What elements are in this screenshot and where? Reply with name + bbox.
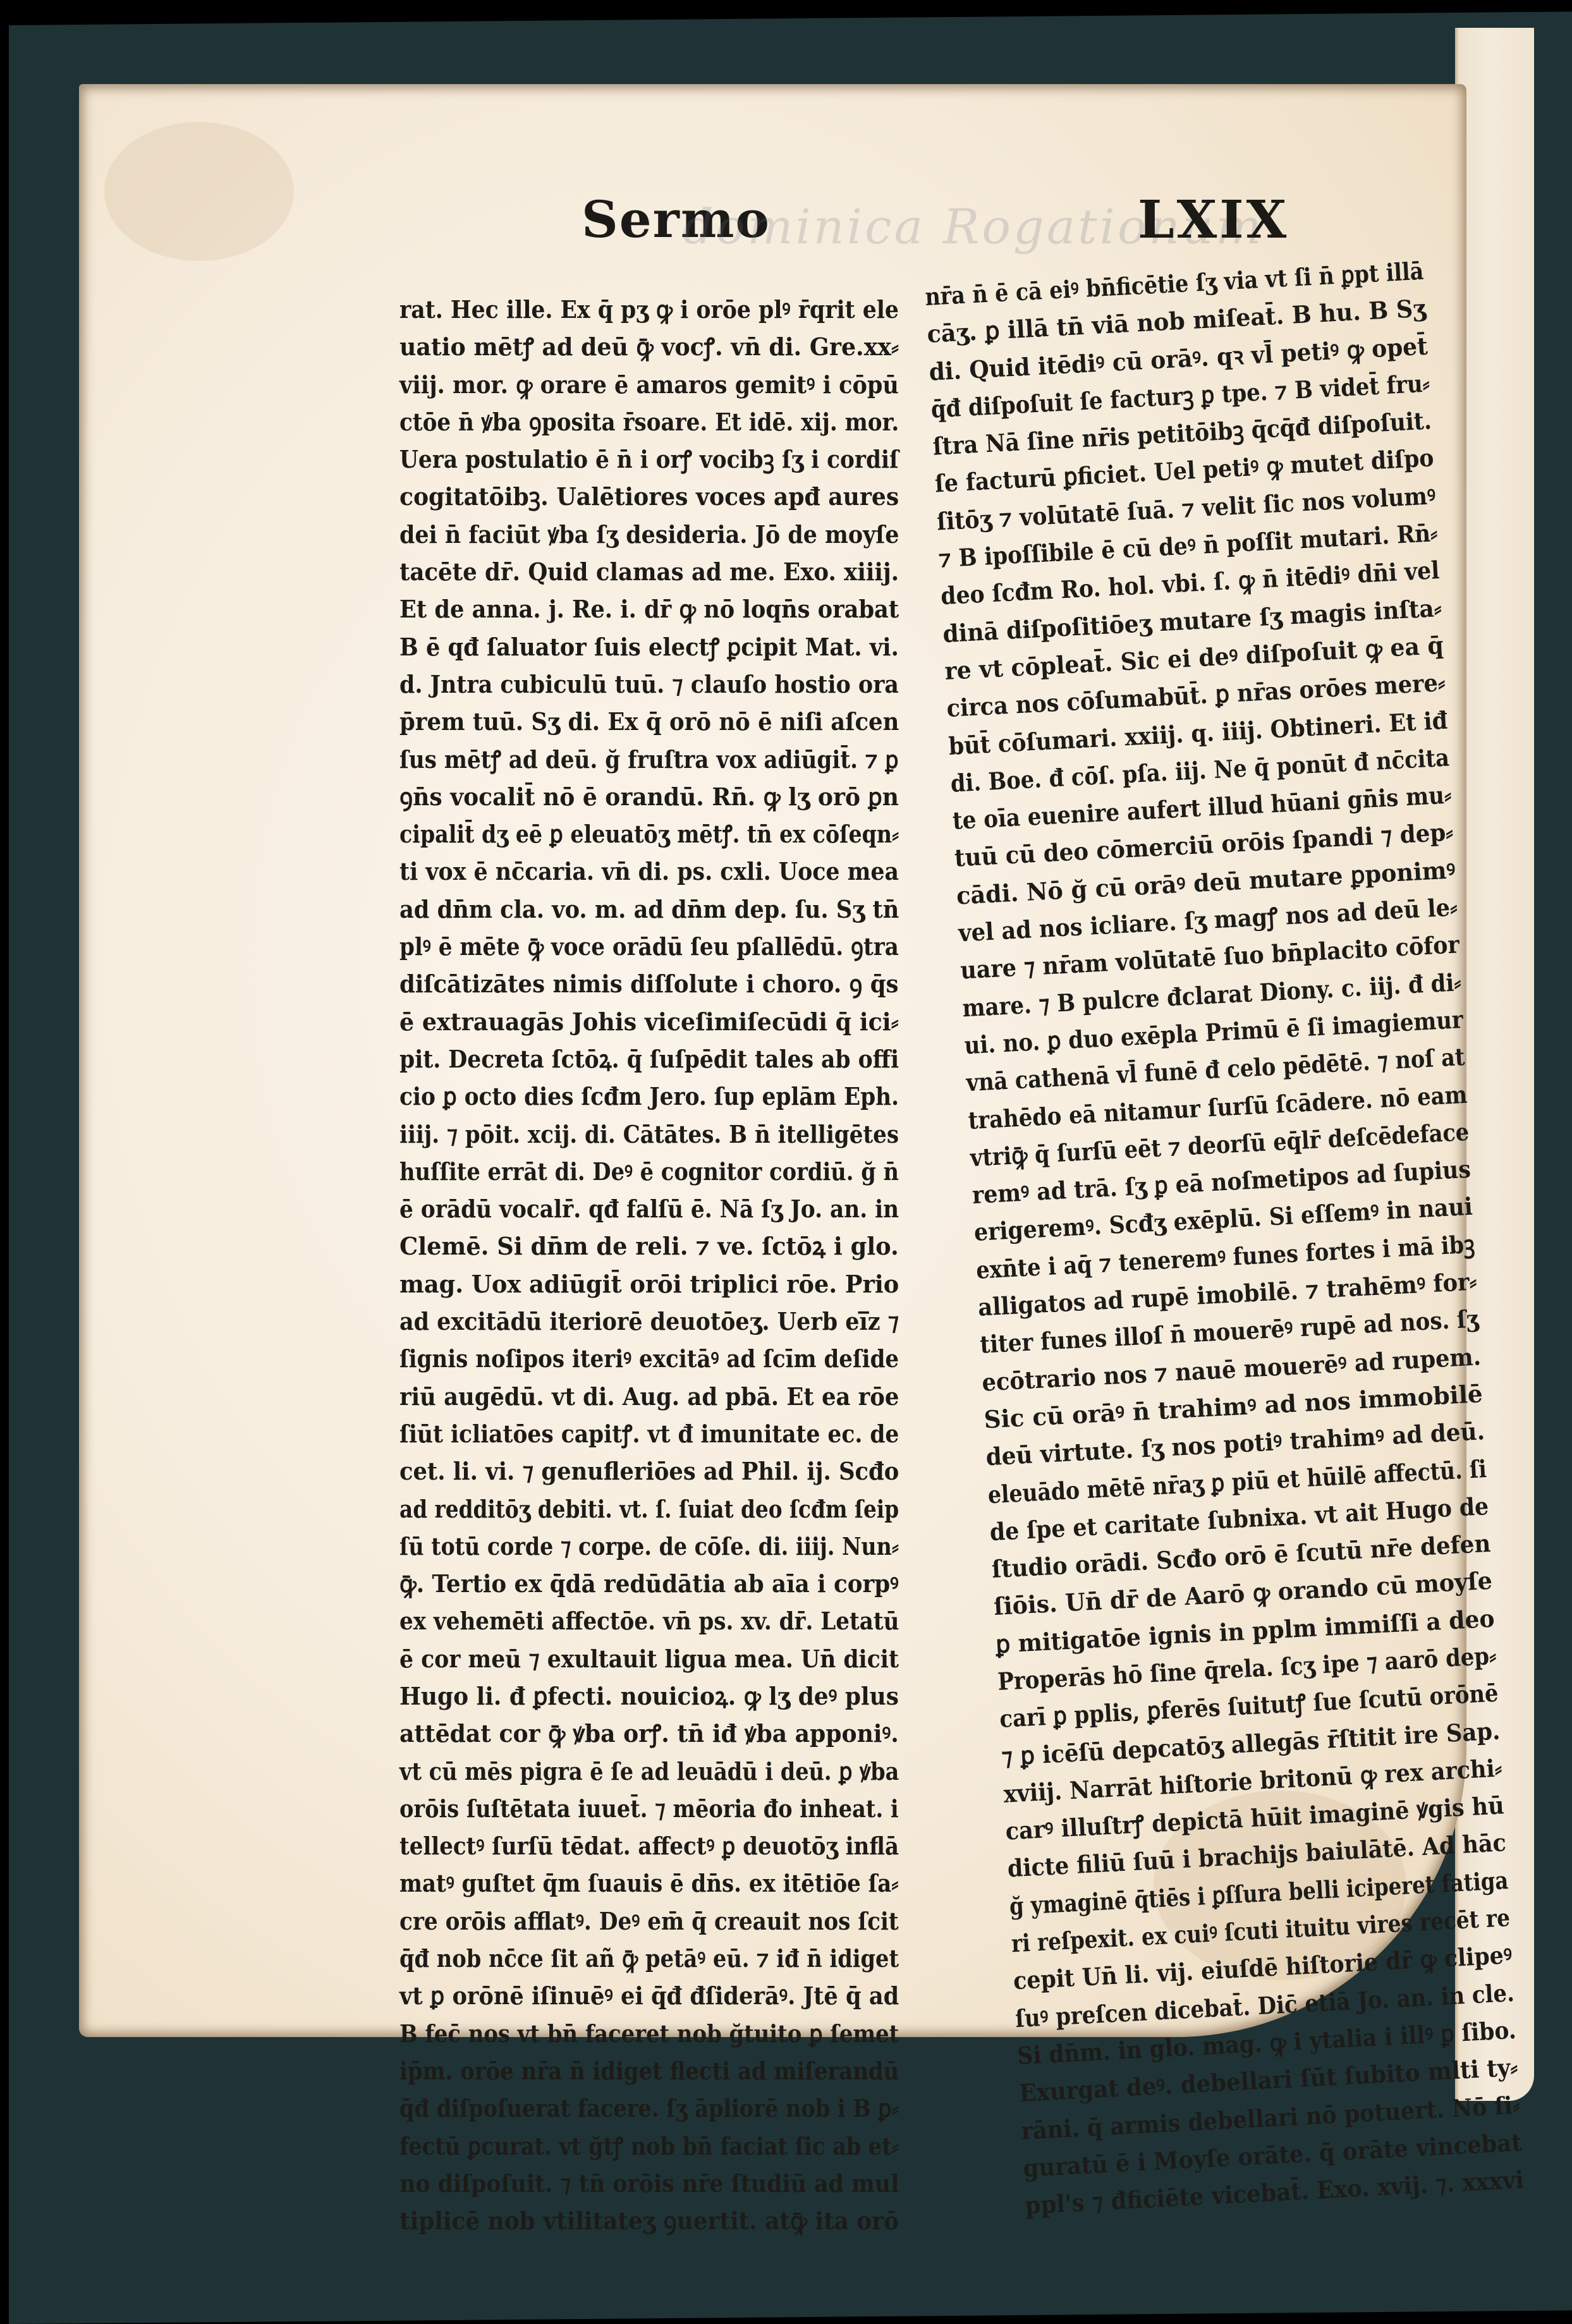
paper-stain — [104, 122, 294, 261]
text-line: dei n̄ faciūt ꝟba ſʒ desideria. Jō de mo… — [399, 516, 863, 553]
text-line: plꝰ ē mēte ꝙ̄ voce orādū ſeu pſallēdū. ꝯ… — [399, 928, 853, 965]
text-line: Hugo li. đ ꝑfecti. nouicioꝝ. ꝙ lʒ deꝰ pl… — [399, 1677, 877, 1715]
text-line: ti vox ē nc̄caria. vn̄ di. ps. cxli. Uoc… — [399, 853, 862, 890]
text-line: ꝙ̄. Tertio ex q̄dā redūdātia ab aīa i co… — [399, 1565, 874, 1602]
text-line: cogitatōibꝫ. Ualētiores voces apđ aures — [399, 478, 880, 515]
text-line: attēdat cor ꝙ̄ ꝟba orꝭ. tn̄ iđ ꝟba appon… — [399, 1715, 880, 1752]
text-line: Clemē. Si dn̄m de reli. ⁊ ve. ſctōꝝ i gl… — [399, 1227, 888, 1265]
text-line: huſſite errāt di. Deꝰ ē cognitor cordiū.… — [399, 1153, 848, 1190]
text-line: ē orādū vocalr̄. qđ falſū ē. Nā ſʒ Jo. a… — [399, 1190, 856, 1227]
text-line: diſcātizātes nimis diſſolute i choro. ꝯ … — [399, 965, 872, 1002]
text-line: q̄đ diſpoſuerat facere. ſʒ āpliorē nob i… — [399, 2090, 846, 2127]
text-line: ctōe n̄ ꝟba ꝯposita r̄soare. Et idē. xij… — [399, 403, 854, 441]
text-line: ad excitādū iteriorē deuotōeʒ. Uerb ei̅z… — [399, 1303, 864, 1340]
text-line: Et de anna. j. Re. i. dr̄ ꝙ nō loqn̄s or… — [399, 590, 868, 628]
text-line: Uera postulatio ē n̄ i orꝭ vocibꝫ ſʒ i c… — [399, 441, 856, 478]
text-line: vt ꝑ orōnē iſinuēꝰ ei q̄đ đſiderāꝰ. Jtē … — [399, 1977, 867, 2014]
text-line: ē cor meū ⁊ exultauit ligua mea. Un̄ dic… — [399, 1640, 860, 1677]
text-line: d. Jntra cubiculū tuū. ⁊ clauſo hostio o… — [399, 666, 862, 703]
text-line: mag. Uox adiūgit̄ orōi triplici rōe. Pri… — [399, 1265, 888, 1303]
text-line: ſus mētꝭ ad deū. ğ fruſtra vox adiūgit̄.… — [399, 741, 855, 778]
text-line: ꝯn̄s vocalit̄ nō ē orandū. Rn̄. ꝙ lʒ orō… — [399, 778, 879, 815]
folio-number: LXIX — [1138, 190, 1289, 250]
text-line: tiplicē nob vtilitateʒ ꝯuertit. atꝙ̄ ita… — [399, 2202, 877, 2239]
text-line: tellectꝰ ſurſū tēdat. affectꝰ ꝑ deuotōʒ … — [399, 1827, 853, 1865]
text-line: ex vehemēti affectōe. vn̄ ps. xv. dr̄. L… — [399, 1602, 853, 1640]
text-line: q̄đ nob nc̄ce ſit añ ꝙ̄ petāꝰ eū. ⁊ iđ n… — [399, 1940, 848, 1977]
text-line: cipalit̄ dʒ eē ꝑ eleuatōʒ mētꝭ. tn̄ ex c… — [399, 815, 843, 853]
text-line: no diſpoſuit. ⁊ tn̄ orōis nr̄e ſtudiū ad… — [399, 2165, 862, 2202]
text-line: viij. mor. ꝙ orare ē amaros gemitꝰ i cōp… — [399, 366, 865, 403]
text-line: B ē qđ ſaluator ſuis electꝭ ꝑcipit Mat. … — [399, 628, 867, 666]
text-line: tacēte dr̄. Quid clamas ad me. Exo. xiii… — [399, 553, 872, 590]
text-line: cre orōis afflatꝰ. Deꝰ em̄ q̄ creauit no… — [399, 1902, 855, 1940]
text-column-left: rat. Hec ille. Ex q̄ pʒ ꝙ i orōe plꝰ r̄q… — [399, 291, 905, 2239]
text-line: riū augēdū. vt di. Aug. ad pbā. Et ea rō… — [399, 1378, 870, 1415]
text-line: cio ꝑ octo dies ſcđm Jero. ſup eplām Eph… — [399, 1078, 856, 1115]
text-line: ē extrauagās Johis viceſimiſecūdi q̄ ici… — [399, 1003, 884, 1040]
text-line: pit. Decreta ſctōꝝ. q̄ ſuſpēdit tales ab… — [399, 1040, 859, 1078]
text-line: matꝰ guſtet q̄m ſuauis ē dn̄s. ex itētiō… — [399, 1865, 852, 1902]
text-line: orōis ſuſtētata iuuet̄. ⁊ mēoria đo inhe… — [399, 1790, 846, 1827]
text-line: ſiūt icliatōes capitꝭ. vt đ imunitate ec… — [399, 1415, 858, 1452]
text-line: fectū ꝑcurat. vt ğtꝭ nob bn̄ faciat ſic … — [399, 2127, 846, 2165]
text-line: vt cū mēs pigra ē ſe ad leuādū i deū. ꝑ … — [399, 1753, 846, 1790]
text-line: ſū totū corde ⁊ corpe. de cōſe. di. iiij… — [399, 1528, 843, 1565]
text-line: uatio mētꝭ ad deū ꝙ̄ vocꝭ. vn̄ di. Gre.x… — [399, 328, 882, 365]
text-line: iiij. ⁊ pōit. xcij. di. Cātātes. B n̄ it… — [399, 1116, 853, 1153]
running-head: Sermo dominica Rogationum LXIX — [563, 190, 1270, 265]
text-line: ip̄m. orōe nr̄a n̄ idiget flecti ad miſe… — [399, 2052, 851, 2090]
text-line: ad dn̄m cla. vo. m. ad dn̄m dep. ſu. Sʒ … — [399, 891, 867, 928]
text-line: B fec̄ nos vt bn̄ faceret nob ğtuito ꝑ ſ… — [399, 2015, 850, 2052]
text-column-right: nr̄a n̄ ē cā eiꝰ bn̄ficētie ſʒ via vt ſi… — [924, 252, 1531, 2224]
text-line: cet. li. vi. ⁊ genufleriōes ad Phil. ij.… — [399, 1452, 869, 1490]
text-line: ſignis noſipos iteriꝰ excitāꝰ ad ſcīm de… — [399, 1340, 853, 1377]
text-line: ad redditōʒ debiti. vt. ſ. ſuiat deo ſcđ… — [399, 1490, 835, 1528]
text-line: rat. Hec ille. Ex q̄ pʒ ꝙ i orōe plꝰ r̄q… — [399, 291, 861, 328]
text-line: p̄rem tuū. Sʒ di. Ex q̄ orō nō ē niſi aſ… — [399, 703, 871, 740]
